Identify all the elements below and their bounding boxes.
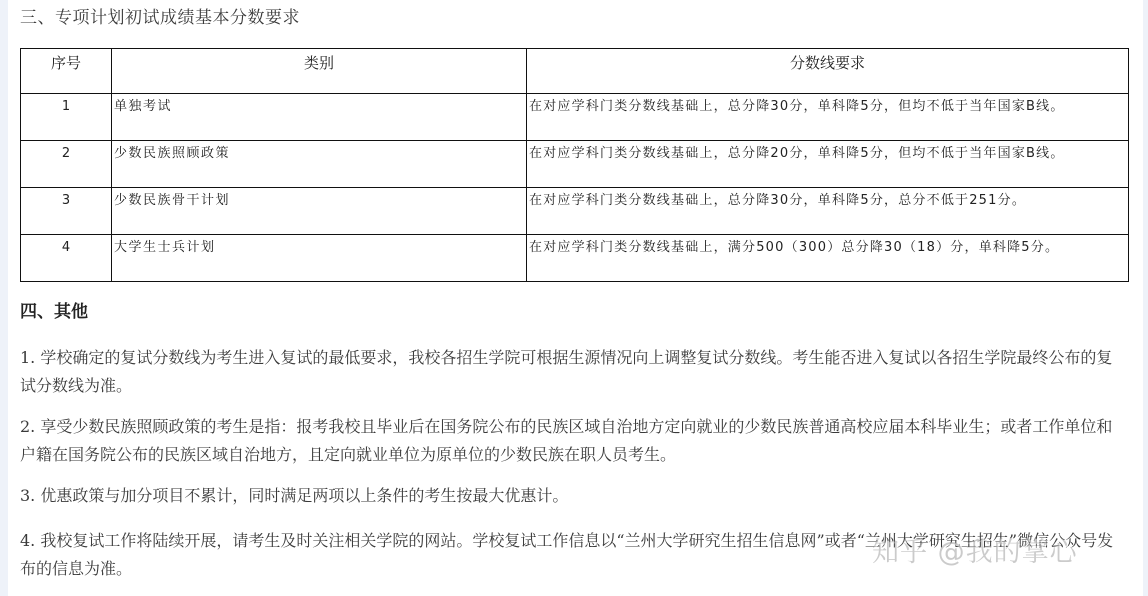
table-row: 3 少数民族骨干计划 在对应学科门类分数线基础上，总分降30分，单科降5分，总分… — [21, 188, 1129, 235]
row-requirement: 在对应学科门类分数线基础上，总分降30分，单科降5分，但均不低于当年国家B线。 — [527, 94, 1129, 141]
page-right-margin — [1143, 0, 1148, 596]
row-category: 少数民族骨干计划 — [112, 188, 527, 235]
row-requirement: 在对应学科门类分数线基础上，总分降30分，单科降5分，总分不低于251分。 — [527, 188, 1129, 235]
table-row: 4 大学生士兵计划 在对应学科门类分数线基础上，满分500（300）总分降30（… — [21, 235, 1129, 282]
table-row: 1 单独考试 在对应学科门类分数线基础上，总分降30分，单科降5分，但均不低于当… — [21, 94, 1129, 141]
row-category: 少数民族照顾政策 — [112, 141, 527, 188]
paragraph-2: 2. 享受少数民族照顾政策的考生是指：报考我校且毕业后在国务院公布的民族区域自治… — [20, 413, 1128, 469]
row-number: 4 — [21, 235, 112, 282]
row-requirement: 在对应学科门类分数线基础上，总分降20分，单科降5分，但均不低于当年国家B线。 — [527, 141, 1129, 188]
paragraph-1: 1. 学校确定的复试分数线为考生进入复试的最低要求，我校各招生学院可根据生源情况… — [20, 344, 1128, 400]
section-3-heading: 三、专项计划初试成绩基本分数要求 — [20, 7, 300, 29]
header-requirement: 分数线要求 — [527, 49, 1129, 94]
row-category: 单独考试 — [112, 94, 527, 141]
section-4-heading: 四、其他 — [20, 301, 88, 323]
row-number: 3 — [21, 188, 112, 235]
page-left-margin — [0, 0, 8, 596]
header-number: 序号 — [21, 49, 112, 94]
row-number: 1 — [21, 94, 112, 141]
table-row: 2 少数民族照顾政策 在对应学科门类分数线基础上，总分降20分，单科降5分，但均… — [21, 141, 1129, 188]
row-requirement: 在对应学科门类分数线基础上，满分500（300）总分降30（18）分，单科降5分… — [527, 235, 1129, 282]
row-category: 大学生士兵计划 — [112, 235, 527, 282]
zhihu-watermark: 知乎 @我的掌心 — [872, 530, 1078, 569]
score-requirements-table: 序号 类别 分数线要求 1 单独考试 在对应学科门类分数线基础上，总分降30分，… — [20, 48, 1129, 282]
row-number: 2 — [21, 141, 112, 188]
header-category: 类别 — [112, 49, 527, 94]
table-header-row: 序号 类别 分数线要求 — [21, 49, 1129, 94]
paragraph-3: 3. 优惠政策与加分项目不累计，同时满足两项以上条件的考生按最大优惠计。 — [20, 482, 1128, 510]
